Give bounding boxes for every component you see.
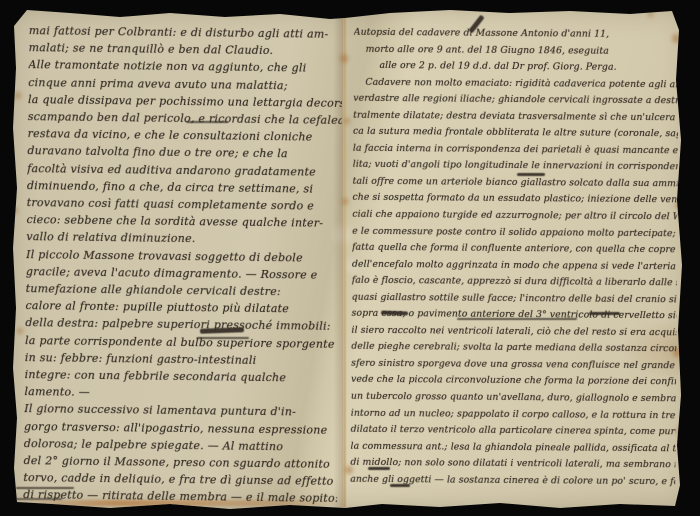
handwriting-line: di rispetto — ritirata delle membra — e … (23, 487, 337, 508)
foxing-spot (676, 428, 682, 435)
page-right: Autopsia del cadavere di Massone Antonio… (350, 25, 679, 494)
foxing-spot (13, 208, 18, 213)
foxing-spot (15, 92, 21, 99)
foxing-spot (342, 198, 348, 205)
handwriting-right: Autopsia del cadavere di Massone Antonio… (350, 25, 679, 491)
handwriting-left: mai fattosi per Colbranti: e di disturbo… (23, 22, 343, 507)
manuscript-sheet: mai fattosi per Colbranti: e di disturbo… (0, 0, 700, 516)
fold-crease (343, 0, 346, 516)
foxing-spot (344, 118, 350, 124)
page-left: mai fattosi per Colbranti: e di disturbo… (23, 22, 343, 510)
foxing-spot (17, 328, 23, 334)
handwriting-line: anche gli oggetti — la sostanza cinerea … (350, 471, 675, 490)
foxing-spot (648, 12, 653, 17)
